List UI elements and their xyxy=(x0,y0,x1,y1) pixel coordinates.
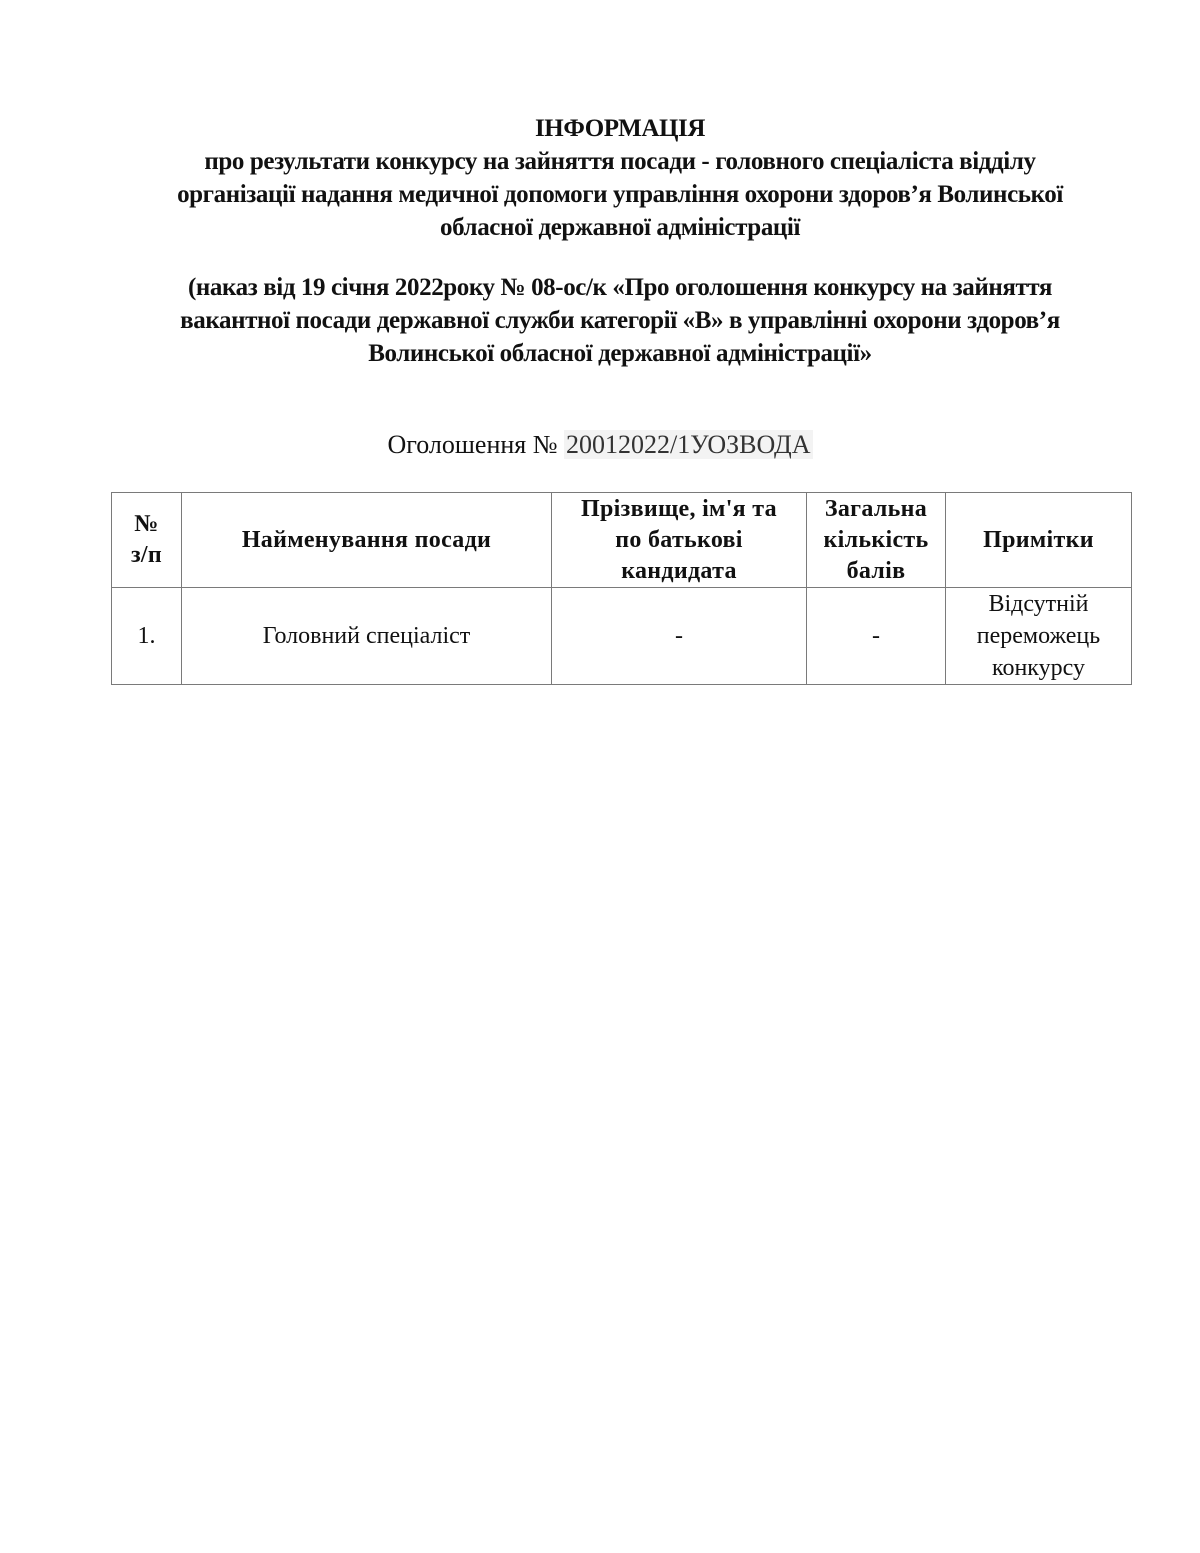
header-position: Найменування посади xyxy=(182,493,552,588)
order-reference: (наказ від 19 січня 2022року № 08-ос/к «… xyxy=(100,271,1140,370)
header-number: № з/п xyxy=(112,493,182,588)
announcement-number: 20012022/1УОЗВОДА xyxy=(564,430,812,459)
cell-number: 1. xyxy=(112,588,182,685)
header-score: Загальна кількість балів xyxy=(807,493,946,588)
document-title-block: ІНФОРМАЦІЯ про результати конкурсу на за… xyxy=(100,112,1140,244)
order-line-3: Волинської обласної державної адміністра… xyxy=(100,337,1140,370)
subtitle-line-3: обласної державної адміністрації xyxy=(100,211,1140,244)
cell-notes: Відсутній переможець конкурсу xyxy=(946,588,1132,685)
header-candidate: Прізвище, ім'я та по батькові кандидата xyxy=(552,493,807,588)
announcement-label: Оголошення № xyxy=(387,430,557,459)
header-notes: Примітки xyxy=(946,493,1132,588)
subtitle-line-1: про результати конкурсу на зайняття поса… xyxy=(100,145,1140,178)
table-row: 1. Головний спеціаліст - - Відсутній пер… xyxy=(112,588,1132,685)
results-table: № з/п Найменування посади Прізвище, ім'я… xyxy=(111,492,1132,685)
subtitle-line-2: організації надання медичної допомоги уп… xyxy=(100,178,1140,211)
cell-score: - xyxy=(807,588,946,685)
order-line-2: вакантної посади державної служби катего… xyxy=(100,304,1140,337)
order-line-1: (наказ від 19 січня 2022року № 08-ос/к «… xyxy=(100,271,1140,304)
table-header-row: № з/п Найменування посади Прізвище, ім'я… xyxy=(112,493,1132,588)
cell-candidate: - xyxy=(552,588,807,685)
document-title: ІНФОРМАЦІЯ xyxy=(100,112,1140,145)
announcement: Оголошення № 20012022/1УОЗВОДА xyxy=(0,428,1200,462)
cell-position: Головний спеціаліст xyxy=(182,588,552,685)
